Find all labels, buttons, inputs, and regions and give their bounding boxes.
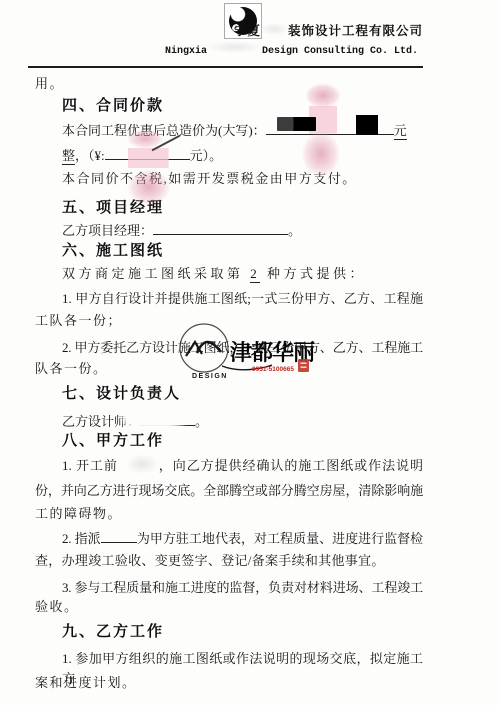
carryover-line: 用。 [35,74,423,95]
text-run: 队各一份。 [35,361,108,376]
company-name-en-prefix: Ningxia [165,46,207,57]
text-run: 查，办理竣工验收、变更签字、登记/备案手续和其他事宜。 [35,553,385,568]
redaction-blur [207,41,262,53]
watermark-circle [180,324,228,372]
partyA-duty3-line: 3. 参与工程质量和施工进度的监督，负责对材料进场、工程竣工 [62,578,423,599]
partyA-duty3-cont: 验收。 [35,597,423,618]
scanned-contract-page: 宁夏 装饰设计工程有限公司 Ningxia Design Consulting … [0,0,500,705]
redaction-blur [127,407,182,425]
partyA-duty2-cont: 查，办理竣工验收、变更签字、登记/备案手续和其他事宜。 [35,551,423,572]
tax-note-line: 本合同价不含税,如需开发票税金由甲方支付。 [62,169,423,190]
text-run: 本合同工程优惠后总造价为(大写)： [62,123,266,138]
partyA-duty1-cont1: 份，并向乙方进行现场交底。全部腾空或部分腾空房屋，清除影响施 [35,481,423,502]
text-run: 双方商定施工图纸采取第 [62,266,250,281]
text-run: 元 [394,123,407,140]
text-run: 3. 参与工程质量和施工进度的监督，负责对材料进场、工程竣工 [62,580,423,595]
blank-field [153,221,288,235]
company-name-cn-suffix: 装饰设计工程有限公司 [288,21,423,39]
text-run: 2. 指派 [62,531,101,546]
company-watermark: DESIGN 津都华丽 0951-5100665 [178,320,328,382]
partyA-duty2-line: 2. 指派为甲方驻工地代表，对工程质量、进度进行监督检 [62,529,423,550]
company-name-cn: 宁夏 装饰设计工程有限公司 [234,21,423,39]
company-name-cn-prefix: 宁夏 [234,21,261,39]
section-4-heading: 四、合同价款 [62,96,164,117]
blank-field [105,146,190,160]
text-run: ，（¥: [75,148,105,163]
text-run: 整 [62,148,75,165]
text-run: 元）。 [190,148,223,163]
redaction-box [356,115,378,135]
section-9-heading: 九、乙方工作 [62,622,164,643]
text-run: 验收。 [35,599,79,614]
redaction-box [277,117,316,131]
text-run: 1. 开工前 [62,458,118,473]
price-numeric-line: 整，（¥:元）。 [62,146,423,167]
text-run: 2 [250,266,260,283]
text-run: 乙方项目经理： [62,223,153,238]
text-run: ，向乙方提供经确认的施工图纸或作法说明 [158,458,423,473]
section-7-heading: 七、设计负责人 [62,384,181,405]
drawing-method-line: 双方商定施工图纸采取第 2 种方式提供： [62,264,423,285]
section-6-heading: 六、施工图纸 [62,241,164,262]
text-run: 。 [195,414,208,429]
partyA-duty1-line: 1. 开工前，向乙方提供经确认的施工图纸或作法说明 [62,456,423,477]
text-run: 工队各一份； [35,313,122,328]
text-run: 。 [288,223,301,238]
text-run: 1. 甲方自行设计并提供施工图纸;一式三份甲方、乙方、工程施 [62,291,423,306]
text-run: 本合同价不含税,如需开发票税金由甲方支付。 [62,171,357,186]
section-8-heading: 八、甲方工作 [62,431,164,452]
text-run: 份，并向乙方进行现场交底。全部腾空或部分腾空房屋，清除影响施 [35,483,423,498]
text-run: 种方式提供： [260,266,366,281]
watermark-phone: 0951-5100665 [252,366,294,373]
blank-field [101,529,137,543]
drawing-option1-line: 1. 甲方自行设计并提供施工图纸;一式三份甲方、乙方、工程施 [62,289,423,310]
company-name-en-suffix: Design Consulting Co. Ltd. [262,46,418,57]
text-run: 案和进度计划。 [35,675,137,690]
red-seal-icon [301,367,307,368]
red-seal-icon [301,363,307,364]
text-run: 工的障碍物。 [35,506,122,521]
text-run: 为甲方驻工地代表，对工程质量、进度进行监督检 [137,531,423,546]
company-name-en: Ningxia Design Consulting Co. Ltd. [165,41,418,57]
header-rule [28,66,423,68]
redaction-blur [127,455,157,473]
text-run: 用。 [35,76,64,91]
red-seal-icon [298,359,309,372]
partyB-duty1-line: 1. 参加甲方组织的施工图纸或作法说明的现场交底，拟定施工方 [62,649,423,670]
partyA-duty1-cont2: 工的障碍物。 [35,504,423,525]
partyB-duty1-cont: 案和进度计划。 [35,673,423,694]
section-5-heading: 五、项目经理 [62,198,164,219]
designer-line: 乙方设计师：。 [62,412,423,433]
redaction-blur [261,23,288,35]
project-manager-line: 乙方项目经理：。 [62,221,423,242]
watermark-design-label: DESIGN [192,373,228,380]
